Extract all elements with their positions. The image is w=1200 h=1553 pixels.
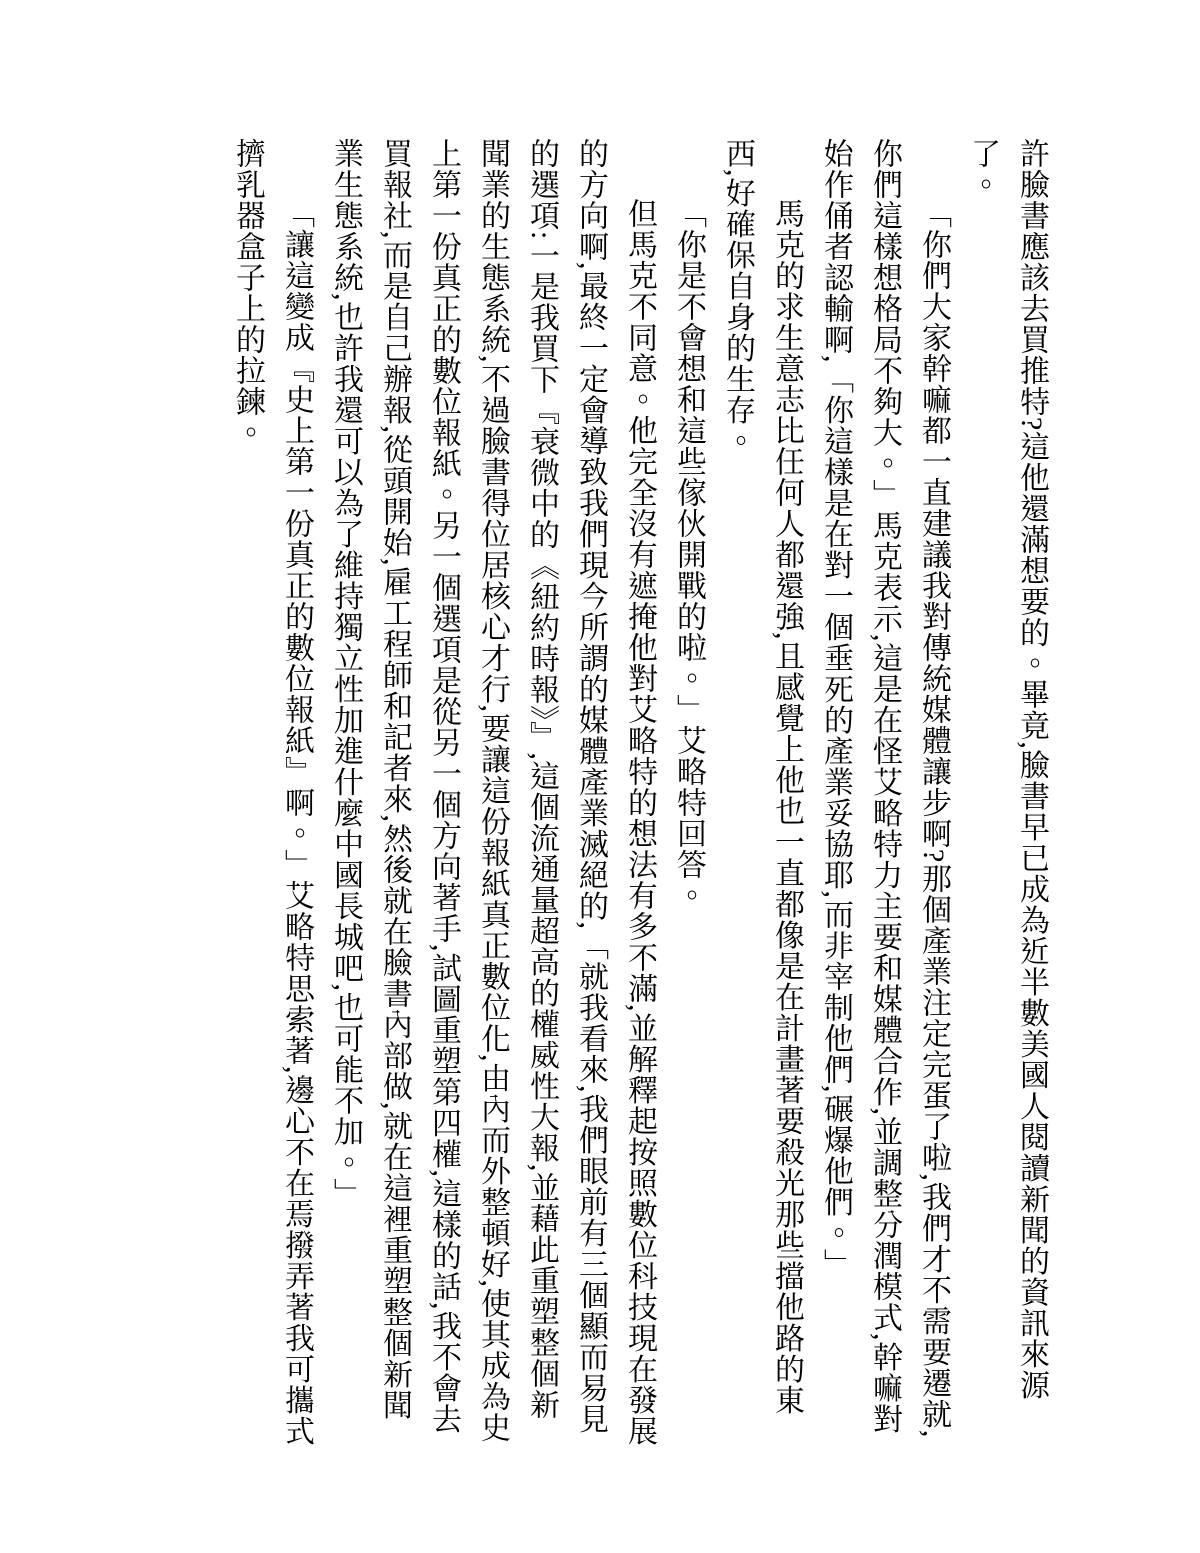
paragraph-1: 許臉書應該去買推特?這他還滿想要的。畢竟,臉書早已成為近半數美國人閱讀新聞的資訊… [958, 138, 1056, 1450]
paragraph-6: 「讓這變成『史上第一份真正的數位報紙』啊。」艾略特思索著,邊心不在焉撥弄著我可攜… [223, 138, 321, 1450]
paragraph-3: 馬克的求生意志比任何人都還強,且感覺上他也一直都像是在計畫著要殺光那些擋他路的東… [713, 138, 811, 1450]
paragraph-5: 但馬克不同意。他完全沒有遮掩他對艾略特的想法有多不滿,並解釋起按照數位科技現在發… [321, 138, 664, 1450]
paragraph-4: 「你是不會想和這些傢伙開戰的啦。」艾略特回答。 [664, 138, 713, 1450]
paragraph-2: 「你們大家幹嘛都一直建議我對傳統媒體讓步啊?那個產業注定完蛋了啦,我們才不需要遷… [811, 138, 958, 1450]
book-page-text: 許臉書應該去買推特?這他還滿想要的。畢竟,臉書早已成為近半數美國人閱讀新聞的資訊… [223, 138, 1056, 1450]
